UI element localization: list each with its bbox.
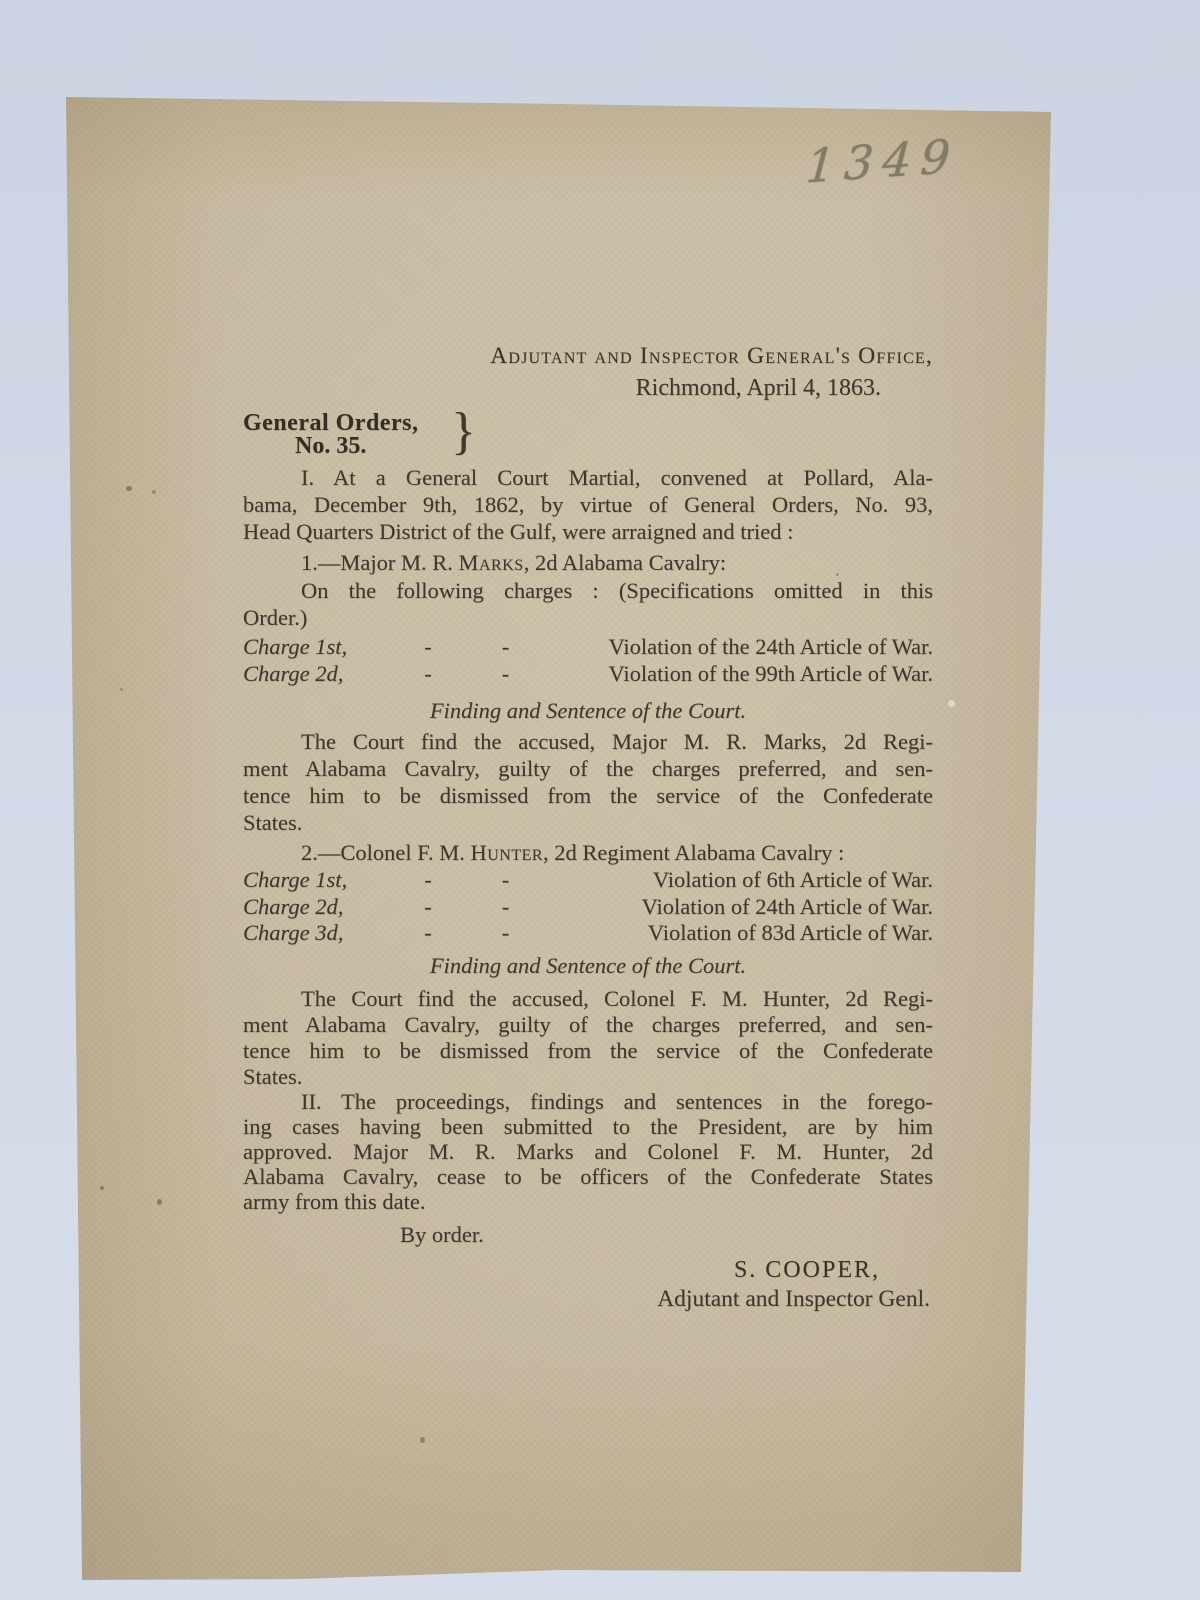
paragraph-line: ing cases having been submitted to the P…: [243, 1114, 933, 1139]
charge-label: Charge 3d,: [243, 920, 393, 947]
charge-row: Charge 1st, - - Violation of the 24th Ar…: [243, 633, 933, 660]
case-1-heading-suffix: , 2d Alabama Cavalry:: [524, 550, 726, 575]
case-1-heading-prefix: 1.—Major M. R.: [301, 550, 459, 575]
case-1-heading: 1.—Major M. R. Marks, 2d Alabama Cavalry…: [243, 549, 933, 576]
paragraph-line: Head Quarters District of the Gulf, were…: [243, 518, 933, 545]
paragraph-line: ment Alabama Cavalry, guilty of the char…: [243, 755, 933, 782]
paper-speck: [120, 688, 123, 691]
finding-title-1: Finding and Sentence of the Court.: [243, 697, 933, 724]
paragraph-line: I. At a General Court Martial, convened …: [243, 464, 933, 491]
paragraph-line: States.: [243, 1064, 933, 1090]
paragraph-line: approved. Major M. R. Marks and Colonel …: [243, 1139, 933, 1164]
charge-text: Violation of the 24th Article of War.: [548, 633, 933, 660]
paragraph-line: army from this date.: [243, 1189, 933, 1214]
charge-label: Charge 2d,: [243, 894, 393, 921]
paper-speck: [126, 486, 132, 491]
charge-text: Violation of the 99th Article of War.: [548, 660, 933, 687]
charge-row: Charge 3d, - - Violation of 83d Article …: [243, 920, 933, 947]
paragraph-line: ment Alabama Cavalry, guilty of the char…: [243, 1012, 933, 1038]
paragraph-line: Alabama Cavalry, cease to be officers of…: [243, 1164, 933, 1189]
charge-dash: -: [393, 633, 463, 660]
charge-dash: -: [393, 660, 463, 687]
case-1-charges-intro: On the following charges : (Specificatio…: [243, 577, 933, 631]
paper-speck: [100, 1186, 104, 1190]
charge-label: Charge 2d,: [243, 660, 393, 687]
header-dateline: Richmond, April 4, 1863.: [243, 375, 933, 402]
signature-title: Adjutant and Inspector Genl.: [243, 1286, 933, 1313]
document-paper: 1349 Adjutant and Inspector General's Of…: [0, 0, 1200, 1600]
charge-dash: -: [463, 660, 548, 687]
case-2-heading-suffix: , 2d Regiment Alabama Cavalry :: [543, 840, 844, 865]
paragraph-2: II. The proceedings, findings and senten…: [243, 1089, 933, 1214]
case-1-officer-name: Marks: [459, 550, 524, 575]
paragraph-line: The Court find the accused, Colonel F. M…: [243, 986, 933, 1012]
photo-backdrop: 1349 Adjutant and Inspector General's Of…: [0, 0, 1200, 1600]
charge-row: Charge 2d, - - Violation of 24th Article…: [243, 894, 933, 921]
paragraph-line: bama, December 9th, 1862, by virtue of G…: [243, 491, 933, 518]
brace-glyph: }: [451, 405, 476, 459]
handwritten-number: 1349: [804, 128, 961, 193]
charge-label: Charge 1st,: [243, 633, 393, 660]
charge-dash: -: [463, 633, 548, 660]
paragraph-line: tence him to be dismissed from the servi…: [243, 782, 933, 809]
charge-dash: -: [393, 894, 463, 921]
paragraph-line: Order.): [243, 604, 933, 631]
paper-speck: [157, 1199, 162, 1205]
order-title: General Orders,: [243, 411, 933, 435]
charge-text: Violation of 83d Article of War.: [548, 920, 933, 947]
finding-paragraph-2: The Court find the accused, Colonel F. M…: [243, 986, 933, 1090]
by-order-line: By order.: [243, 1221, 933, 1248]
charge-table-1: Charge 1st, - - Violation of the 24th Ar…: [243, 633, 933, 687]
charge-dash: -: [463, 920, 548, 947]
paper-speck: [948, 700, 955, 707]
paragraph-1: I. At a General Court Martial, convened …: [243, 464, 933, 545]
charge-row: Charge 2d, - - Violation of the 99th Art…: [243, 660, 933, 687]
charge-table-2: Charge 1st, - - Violation of 6th Article…: [243, 867, 933, 947]
case-2-heading-prefix: 2.—Colonel F. M.: [301, 840, 470, 865]
header-office-line: Adjutant and Inspector General's Office,: [243, 343, 933, 370]
charge-dash: -: [393, 920, 463, 947]
paragraph-line: States.: [243, 809, 933, 836]
order-number: No. 35.: [243, 435, 933, 458]
paper-speck: [836, 573, 839, 576]
paragraph-line: tence him to be dismissed from the servi…: [243, 1038, 933, 1064]
signature-name: S. COOPER,: [243, 1257, 933, 1284]
paper-speck: [152, 490, 156, 494]
case-2-heading: 2.—Colonel F. M. Hunter, 2d Regiment Ala…: [243, 839, 933, 866]
charge-text: Violation of 6th Article of War.: [548, 867, 933, 894]
paragraph-line: On the following charges : (Specificatio…: [243, 577, 933, 604]
charge-label: Charge 1st,: [243, 867, 393, 894]
charge-dash: -: [393, 867, 463, 894]
charge-dash: -: [463, 894, 548, 921]
finding-paragraph-1: The Court find the accused, Major M. R. …: [243, 728, 933, 836]
paper-speck: [420, 1437, 425, 1443]
case-2-officer-name: Hunter: [470, 840, 543, 865]
finding-title-2: Finding and Sentence of the Court.: [243, 952, 933, 979]
paragraph-line: The Court find the accused, Major M. R. …: [243, 728, 933, 755]
charge-text: Violation of 24th Article of War.: [548, 894, 933, 921]
paragraph-line: II. The proceedings, findings and senten…: [243, 1089, 933, 1114]
order-heading: General Orders, No. 35. }: [243, 411, 933, 458]
charge-dash: -: [463, 867, 548, 894]
charge-row: Charge 1st, - - Violation of 6th Article…: [243, 867, 933, 894]
